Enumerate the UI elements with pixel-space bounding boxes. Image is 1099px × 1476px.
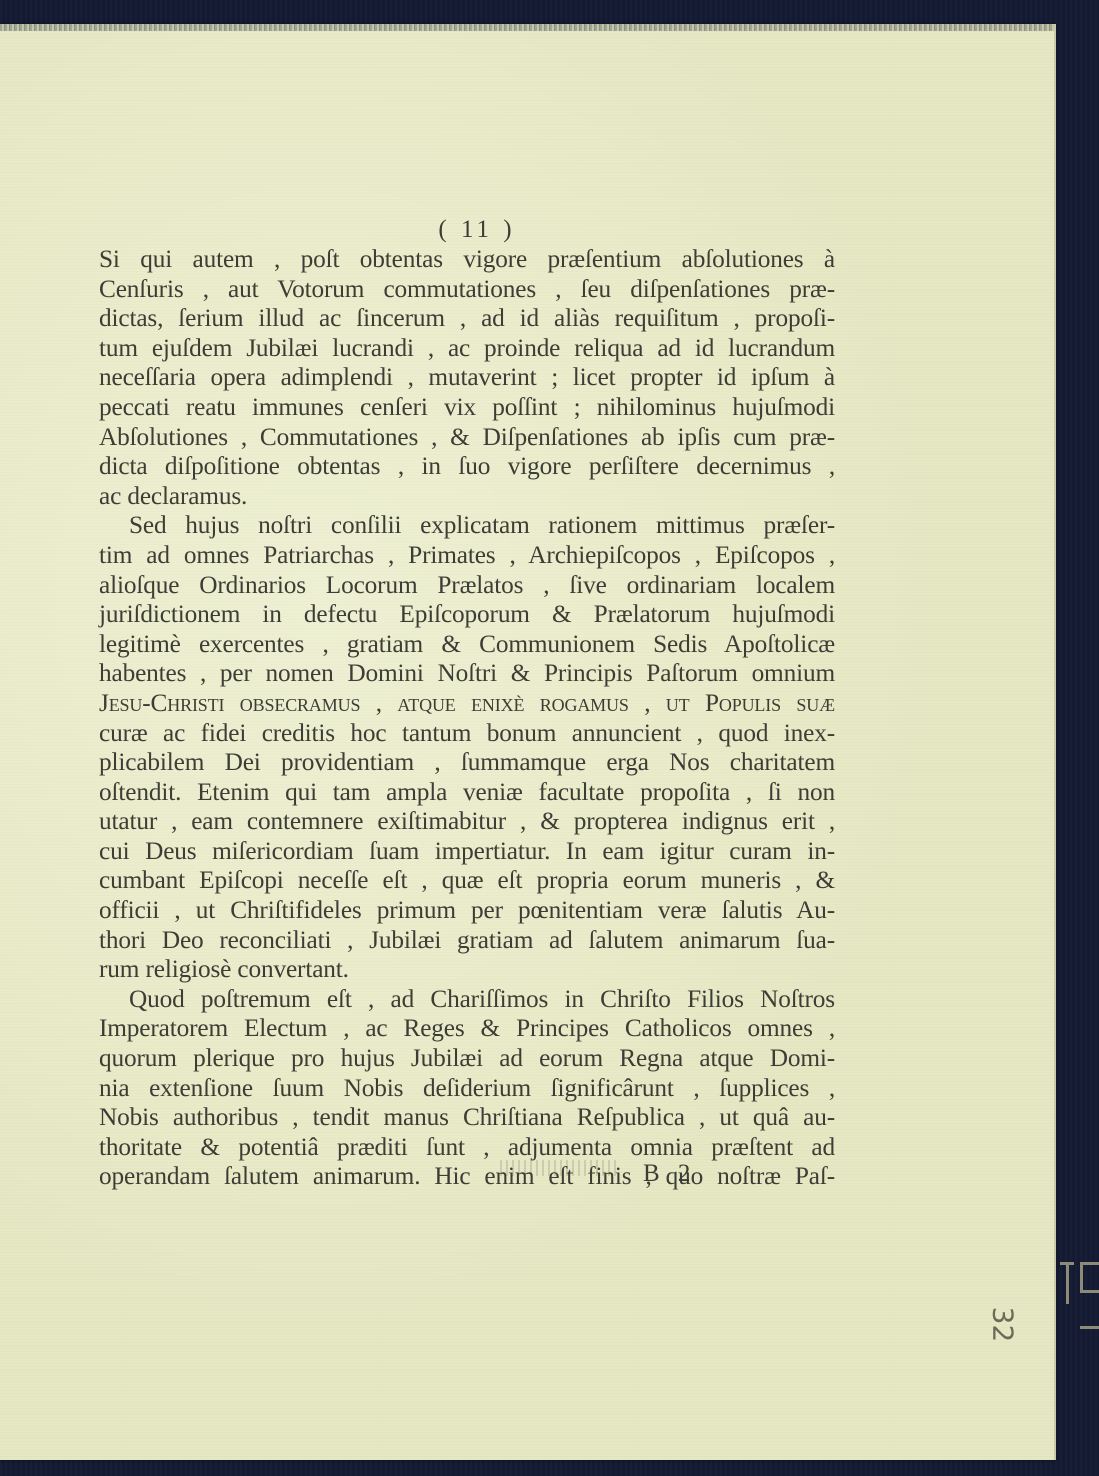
text-line: nia extenſione ſuum Nobis deſiderium ſig…: [99, 1074, 835, 1104]
text-line: tum ejuſdem Jubilæi lucrandi , ac proind…: [99, 334, 835, 364]
page-number: ( 11 ): [99, 215, 835, 245]
text-line: quorum plerique pro hujus Jubilæi ad eor…: [99, 1044, 835, 1074]
text-line: plicabilem Dei providentiam , ſummamque …: [99, 748, 835, 778]
text-line: Jesu-Christi obſecramus , atque enixè ro…: [99, 689, 835, 719]
text-line: thoritate & potentiâ præditi ſunt , adju…: [99, 1133, 835, 1163]
paragraph-3: Quod poſtremum eſt , ad Chariſſimos in C…: [99, 985, 835, 1192]
paragraph-2: Sed hujus noſtri conſilii explicatam rat…: [99, 511, 835, 985]
text-line: operandam ſalutem animarum. Hic enim eſt…: [99, 1162, 835, 1192]
text-line: Quod poſtremum eſt , ad Chariſſimos in C…: [99, 985, 835, 1015]
body-text: ( 11 ) Si qui autem , poſt obtentas vigo…: [99, 215, 835, 1192]
text-line: legitimè exercentes , gratiam & Communio…: [99, 630, 835, 660]
text-line: peccati reatu immunes cenſeri vix poſſin…: [99, 393, 835, 423]
text-line: juriſdictionem in defectu Epiſcoporum & …: [99, 600, 835, 630]
text-line: curæ ac fidei creditis hoc tantum bonum …: [99, 719, 835, 749]
text-line: cui Deus miſericordiam ſuam impertiatur.…: [99, 837, 835, 867]
signature-mark: B 2: [643, 1160, 696, 1188]
margin-annotation: 32: [986, 1307, 1019, 1343]
text-line: dicta diſpoſitione obtentas , in ſuo vig…: [99, 452, 835, 482]
page-top-edge: [0, 24, 1056, 31]
text-line: dictas, ſerium illud ac ſincerum , ad id…: [99, 304, 835, 334]
text-line: Abſolutiones , Commutationes , & Diſpenſ…: [99, 423, 835, 453]
text-line: officii , ut Chriſtifideles primum per p…: [99, 896, 835, 926]
text-line: Cenſuris , aut Votorum commutationes , ſ…: [99, 275, 835, 305]
text-line: habentes , per nomen Domini Noſtri & Pri…: [99, 659, 835, 689]
binding-decoration: [1060, 1262, 1099, 1332]
text-line: tim ad omnes Patriarchas , Primates , Ar…: [99, 541, 835, 571]
bleed-through-marks: [500, 1160, 620, 1176]
text-line: alioſque Ordinarios Locorum Prælatos , ſ…: [99, 571, 835, 601]
page-right-edge: [1054, 24, 1056, 1460]
paragraph-1: Si qui autem , poſt obtentas vigore præſ…: [99, 245, 835, 511]
text-line: Si qui autem , poſt obtentas vigore præſ…: [99, 245, 835, 275]
text-line: ac declaramus.: [99, 482, 835, 512]
text-line: oſtendit. Etenim qui tam ampla veniæ fac…: [99, 778, 835, 808]
text-line: Sed hujus noſtri conſilii explicatam rat…: [99, 511, 835, 541]
text-line: neceſſaria opera adimplendi , mutaverint…: [99, 363, 835, 393]
text-line: Nobis authoribus , tendit manus Chriſtia…: [99, 1103, 835, 1133]
text-line: rum religiosè convertant.: [99, 955, 835, 985]
text-line: Imperatorem Electum , ac Reges & Princip…: [99, 1014, 835, 1044]
text-line: utatur , eam contemnere exiſtimabitur , …: [99, 807, 835, 837]
text-line: cumbant Epiſcopi neceſſe eſt , quæ eſt p…: [99, 866, 835, 896]
text-line: thori Deo reconciliati , Jubilæi gratiam…: [99, 926, 835, 956]
